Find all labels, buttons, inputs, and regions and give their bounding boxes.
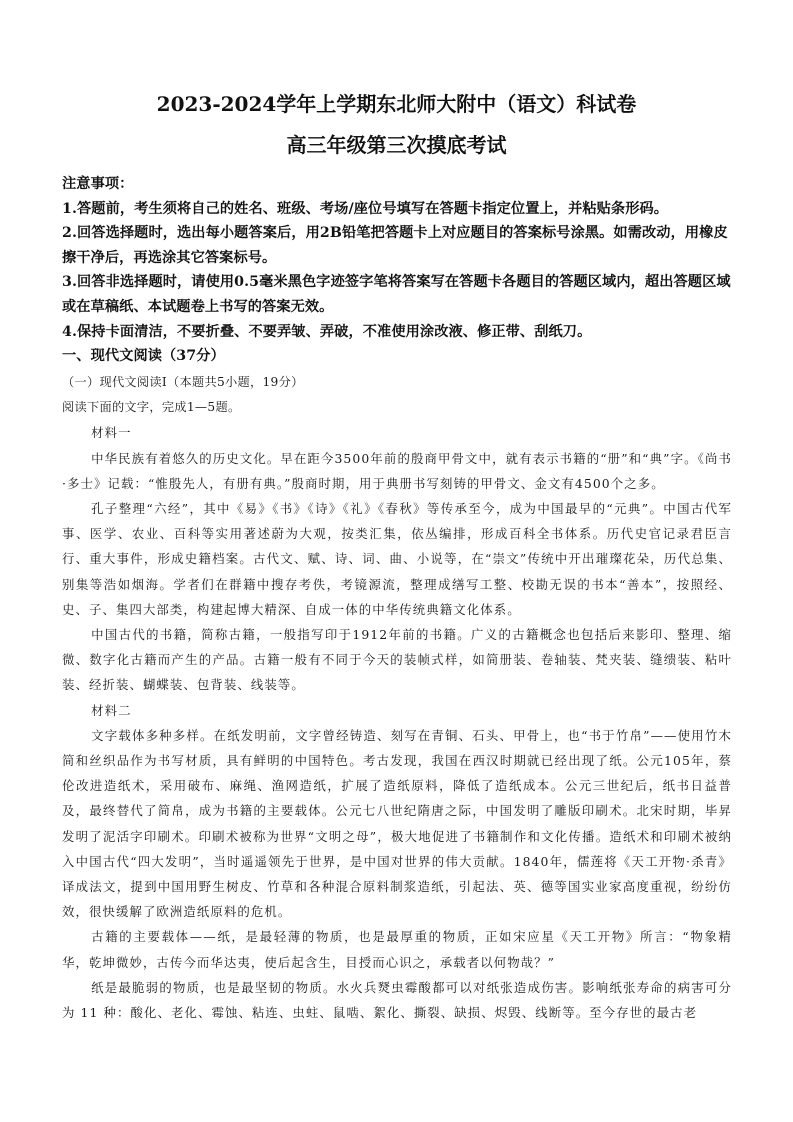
exam-page: 2023-2024学年上学期东北师大附中（语文）科试卷 高三年级第三次摸底考试 … [0, 0, 793, 1122]
note-item-2: 2.回答选择题时，选出每小题答案后，用2B铅笔把答题卡上对应题目的答案标号涂黑。… [62, 221, 732, 270]
material-1-paragraph: 中华民族有着悠久的历史文化。早在距今3500年前的殷商甲骨文中，就有表示书籍的“… [62, 446, 732, 496]
material-1-paragraph: 孔子整理“六经”，其中《易》《书》《诗》《礼》《春秋》等传承至今，成为中国最早的… [62, 496, 732, 622]
material-2-paragraph: 文字载体多种多样。在纸发明前，文字曾经铸造、刻写在青铜、石头、甲骨上，也“书于竹… [62, 723, 732, 925]
reading-section: （一）现代文阅读Ⅰ（本题共5小题，19分） 阅读下面的文字，完成1—5题。 材料… [62, 370, 732, 1025]
notes-section: 注意事项： 1.答题前，考生须将自己的姓名、班级、考场/座位号填写在答题卡指定位… [62, 172, 732, 369]
material-2-paragraph: 古籍的主要载体——纸，是最轻薄的物质，也是最厚重的物质，正如宋应星《天工开物》所… [62, 924, 732, 974]
exam-subtitle: 高三年级第三次摸底考试 [0, 131, 793, 159]
subsection-heading: （一）现代文阅读Ⅰ（本题共5小题，19分） [62, 370, 732, 395]
note-item-1: 1.答题前，考生须将自己的姓名、班级、考场/座位号填写在答题卡指定位置上，并粘贴… [62, 197, 732, 222]
reading-instruction: 阅读下面的文字，完成1—5题。 [62, 395, 732, 420]
material-2-paragraph: 纸是最脆弱的物质，也是最坚韧的物质。水火兵燹虫霉酸都可以对纸张造成伤害。影响纸张… [62, 975, 732, 1025]
section-heading: 一、现代文阅读（37分） [62, 344, 732, 369]
exam-title: 2023-2024学年上学期东北师大附中（语文）科试卷 [0, 90, 793, 118]
note-item-4: 4.保持卡面清洁，不要折叠、不要弄皱、弄破，不准使用涂改液、修正带、刮纸刀。 [62, 320, 732, 345]
notes-heading: 注意事项： [62, 172, 732, 197]
material-2-label: 材料二 [62, 698, 732, 723]
material-1-label: 材料一 [62, 420, 732, 445]
material-1-paragraph: 中国古代的书籍，简称古籍，一般指写印于1912年前的书籍。广义的古籍概念也包括后… [62, 622, 732, 698]
note-item-3: 3.回答非选择题时，请使用0.5毫米黑色字迹签字笔将答案写在答题卡各题目的答题区… [62, 270, 732, 319]
